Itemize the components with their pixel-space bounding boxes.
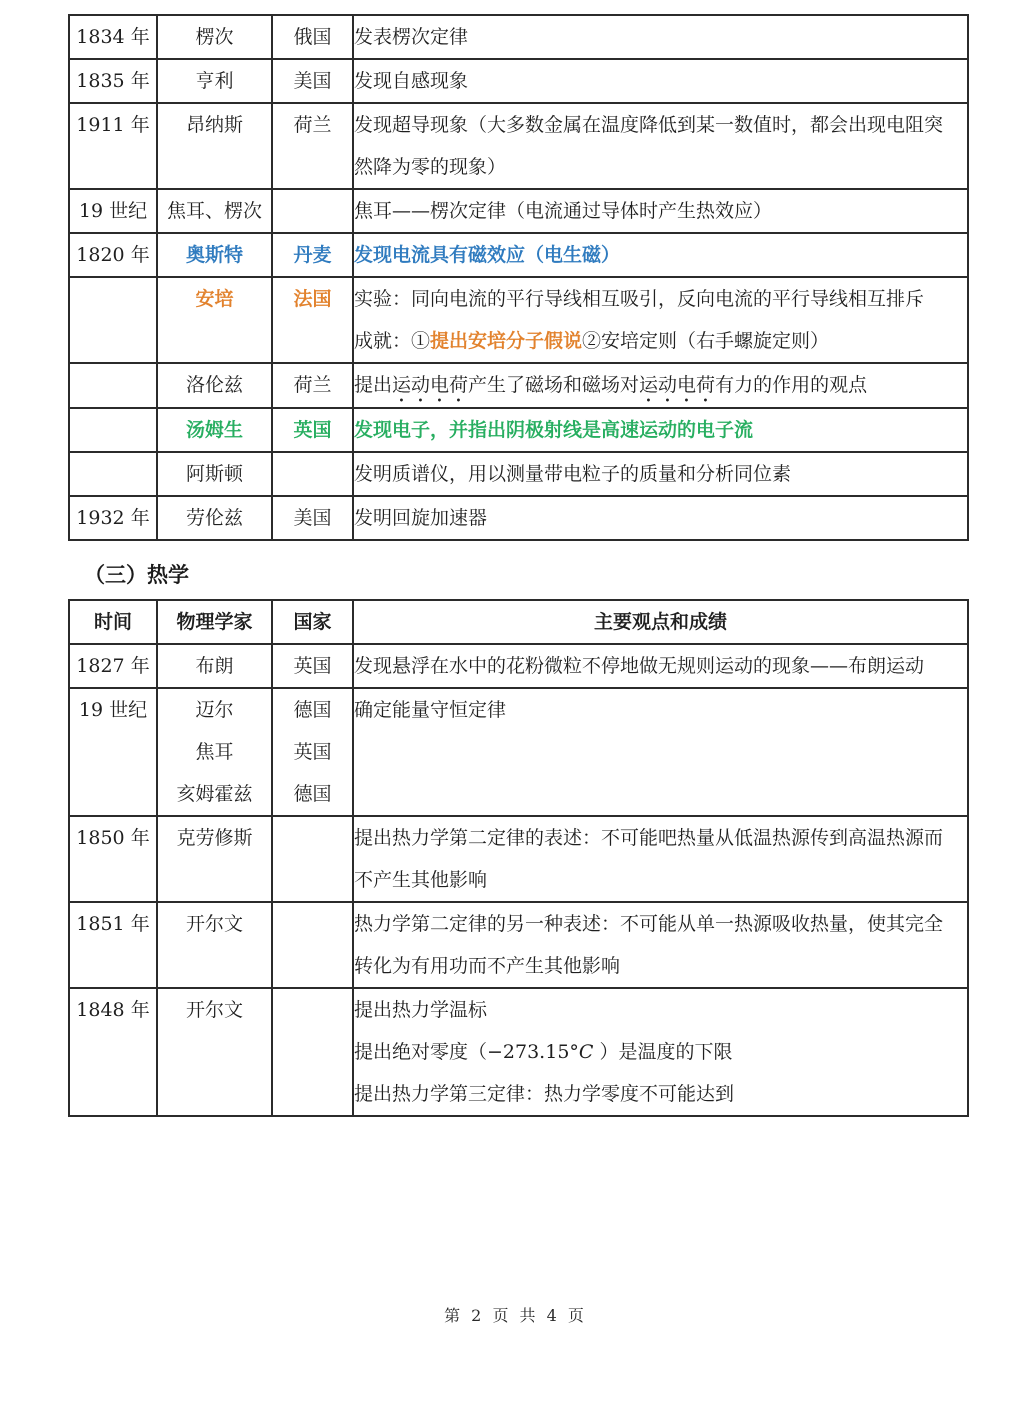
text-line: 安培 bbox=[158, 278, 271, 320]
text-line: 成就：①提出安培分子假说②安培定则（右手螺旋定则） bbox=[354, 320, 967, 362]
table-cell bbox=[272, 816, 353, 902]
table-cell: 1851 年 bbox=[69, 902, 157, 988]
text-segment: 提出热力学第二定律的表述：不可能吧热量从低温热源传到高温热源而 bbox=[354, 827, 943, 849]
table-cell: 实验：同向电流的平行导线相互吸引，反向电流的平行导线相互排斥成就：①提出安培分子… bbox=[353, 277, 968, 363]
column-header: 主要观点和成绩 bbox=[353, 600, 968, 644]
text-segment: C bbox=[579, 1041, 594, 1063]
table-cell: 提出运动电荷产生了磁场和磁场对运动电荷有力的作用的观点 bbox=[353, 363, 968, 408]
table-cell: 开尔文 bbox=[157, 988, 272, 1116]
text-segment: 英国 bbox=[293, 419, 331, 441]
table-cell: 发现电子，并指出阴极射线是高速运动的电子流 bbox=[353, 408, 968, 452]
table-cell: 1827 年 bbox=[69, 644, 157, 688]
text-line: 洛伦兹 bbox=[158, 364, 271, 406]
table-cell: 19 世纪 bbox=[69, 189, 157, 233]
table-row: 1834 年楞次俄国发表楞次定律 bbox=[69, 15, 968, 59]
text-segment: 开尔文 bbox=[186, 999, 243, 1021]
text-line: 实验：同向电流的平行导线相互吸引，反向电流的平行导线相互排斥 bbox=[354, 278, 967, 320]
table-row: 1848 年开尔文提出热力学温标提出绝对零度（−273.15°C ）是温度的下限… bbox=[69, 988, 968, 1116]
table-cell: 俄国 bbox=[272, 15, 353, 59]
table-cell: 迈尔焦耳亥姆霍兹 bbox=[157, 688, 272, 816]
text-segment: 提出安培分子假说 bbox=[430, 330, 582, 352]
text-line: 发现悬浮在水中的花粉微粒不停地做无规则运动的现象——布朗运动 bbox=[354, 645, 967, 687]
table-cell: 劳伦兹 bbox=[157, 496, 272, 540]
electromagnetism-table-section: 1834 年楞次俄国发表楞次定律1835 年亨利美国发现自感现象1911 年昂纳… bbox=[0, 0, 1031, 541]
text-line: 确定能量守恒定律 bbox=[354, 689, 967, 731]
table-row: 1835 年亨利美国发现自感现象 bbox=[69, 59, 968, 103]
text-line: 劳伦兹 bbox=[158, 497, 271, 539]
column-header: 物理学家 bbox=[157, 600, 272, 644]
table-cell: 安培 bbox=[157, 277, 272, 363]
table-cell bbox=[69, 277, 157, 363]
text-segment: 英国 bbox=[293, 655, 331, 677]
table-cell: 亨利 bbox=[157, 59, 272, 103]
text-line: 克劳修斯 bbox=[158, 817, 271, 859]
text-line: 发明回旋加速器 bbox=[354, 497, 967, 539]
text-line: 提出绝对零度（−273.15°C ）是温度的下限 bbox=[354, 1031, 967, 1073]
text-line: 俄国 bbox=[273, 16, 352, 58]
table-cell: 1911 年 bbox=[69, 103, 157, 189]
table-cell bbox=[69, 408, 157, 452]
table-header-row: 时间物理学家国家主要观点和成绩 bbox=[69, 600, 968, 644]
table-cell: 克劳修斯 bbox=[157, 816, 272, 902]
text-segment: 提出热力学温标 bbox=[354, 999, 487, 1021]
text-line: 提出热力学温标 bbox=[354, 989, 967, 1031]
thermodynamics-table-section: 时间物理学家国家主要观点和成绩1827 年布朗英国发现悬浮在水中的花粉微粒不停地… bbox=[0, 599, 1031, 1117]
text-segment: 成就：① bbox=[354, 330, 430, 352]
text-segment: ）是温度的下限 bbox=[593, 1041, 732, 1063]
text-segment: 安培 bbox=[195, 288, 233, 310]
table-row: 1827 年布朗英国发现悬浮在水中的花粉微粒不停地做无规则运动的现象——布朗运动 bbox=[69, 644, 968, 688]
text-segment: 发现超导现象（大多数金属在温度降低到某一数值时，都会出现电阻突 bbox=[354, 114, 943, 136]
text-segment: 德国 bbox=[293, 699, 331, 721]
table-cell bbox=[272, 988, 353, 1116]
table-row: 1851 年开尔文热力学第二定律的另一种表述：不可能从单一热源吸收热量，使其完全… bbox=[69, 902, 968, 988]
text-line: 热力学第二定律的另一种表述：不可能从单一热源吸收热量，使其完全 bbox=[354, 903, 967, 945]
text-line: 1851 年 bbox=[70, 903, 156, 945]
table-row: 安培法国实验：同向电流的平行导线相互吸引，反向电流的平行导线相互排斥成就：①提出… bbox=[69, 277, 968, 363]
text-line: 提出运动电荷产生了磁场和磁场对运动电荷有力的作用的观点 bbox=[354, 364, 967, 407]
text-segment: 实验：同向电流的平行导线相互吸引，反向电流的平行导线相互排斥 bbox=[354, 288, 924, 310]
table-cell: 发明回旋加速器 bbox=[353, 496, 968, 540]
text-line: 奥斯特 bbox=[158, 234, 271, 276]
text-segment: 美国 bbox=[293, 507, 331, 529]
text-line: 发现自感现象 bbox=[354, 60, 967, 102]
text-line: 开尔文 bbox=[158, 989, 271, 1031]
text-line: 荷兰 bbox=[273, 364, 352, 406]
text-segment: 迈尔 bbox=[195, 699, 233, 721]
table-cell: 楞次 bbox=[157, 15, 272, 59]
text-line: 美国 bbox=[273, 60, 352, 102]
table-row: 1820 年奥斯特丹麦发现电流具有磁效应（电生磁） bbox=[69, 233, 968, 277]
text-line: 1911 年 bbox=[70, 104, 156, 146]
table-cell bbox=[69, 363, 157, 408]
table-cell: 发现自感现象 bbox=[353, 59, 968, 103]
text-line: 1834 年 bbox=[70, 16, 156, 58]
table-cell: 热力学第二定律的另一种表述：不可能从单一热源吸收热量，使其完全转化为有用功而不产… bbox=[353, 902, 968, 988]
table-cell: 发现超导现象（大多数金属在温度降低到某一数值时，都会出现电阻突然降为零的现象） bbox=[353, 103, 968, 189]
text-segment: 法国 bbox=[293, 288, 331, 310]
document-page: 1834 年楞次俄国发表楞次定律1835 年亨利美国发现自感现象1911 年昂纳… bbox=[0, 0, 1031, 1418]
table-cell: 焦耳、楞次 bbox=[157, 189, 272, 233]
text-line: 19 世纪 bbox=[70, 689, 156, 731]
table-cell: 阿斯顿 bbox=[157, 452, 272, 496]
text-line: 丹麦 bbox=[273, 234, 352, 276]
text-line: 1835 年 bbox=[70, 60, 156, 102]
table-cell: 洛伦兹 bbox=[157, 363, 272, 408]
text-segment: 德国 bbox=[293, 783, 331, 805]
text-segment: 奥斯特 bbox=[186, 244, 243, 266]
thermodynamics-table: 时间物理学家国家主要观点和成绩1827 年布朗英国发现悬浮在水中的花粉微粒不停地… bbox=[68, 599, 969, 1117]
text-segment: 美国 bbox=[293, 70, 331, 92]
text-segment: 1911 年 bbox=[76, 114, 149, 136]
table-cell: 布朗 bbox=[157, 644, 272, 688]
text-segment: 荷兰 bbox=[293, 114, 331, 136]
text-segment: 荷兰 bbox=[293, 374, 331, 396]
text-segment: 发明回旋加速器 bbox=[354, 507, 487, 529]
text-segment: 发表楞次定律 bbox=[354, 26, 468, 48]
text-segment: 运动电荷 bbox=[392, 374, 468, 396]
text-line: 楞次 bbox=[158, 16, 271, 58]
text-segment: 焦耳——楞次定律（电流通过导体时产生热效应） bbox=[354, 200, 772, 222]
table-cell: 焦耳——楞次定律（电流通过导体时产生热效应） bbox=[353, 189, 968, 233]
table-row: 洛伦兹荷兰提出运动电荷产生了磁场和磁场对运动电荷有力的作用的观点 bbox=[69, 363, 968, 408]
table-cell bbox=[69, 452, 157, 496]
section-heading-thermodynamics: （三）热学 bbox=[84, 559, 1031, 589]
text-segment: 1827 年 bbox=[76, 655, 149, 677]
table-cell: 1848 年 bbox=[69, 988, 157, 1116]
text-line: 德国 bbox=[273, 773, 352, 815]
table-row: 1932 年劳伦兹美国发明回旋加速器 bbox=[69, 496, 968, 540]
text-segment: 1850 年 bbox=[76, 827, 149, 849]
text-segment: 英国 bbox=[293, 741, 331, 763]
text-line: 法国 bbox=[273, 278, 352, 320]
text-segment: 楞次 bbox=[195, 26, 233, 48]
text-segment: 1835 年 bbox=[76, 70, 149, 92]
text-segment: 1820 年 bbox=[76, 244, 149, 266]
text-line: 开尔文 bbox=[158, 903, 271, 945]
text-segment: 昂纳斯 bbox=[186, 114, 243, 136]
text-line: 美国 bbox=[273, 497, 352, 539]
text-line: 发明质谱仪，用以测量带电粒子的质量和分析同位素 bbox=[354, 453, 967, 495]
text-segment: 1834 年 bbox=[76, 26, 149, 48]
text-line: 焦耳 bbox=[158, 731, 271, 773]
table-cell: 英国 bbox=[272, 644, 353, 688]
text-line: 发现电子，并指出阴极射线是高速运动的电子流 bbox=[354, 409, 967, 451]
text-segment: 亥姆霍兹 bbox=[176, 783, 252, 805]
table-cell bbox=[272, 452, 353, 496]
table-cell: 1820 年 bbox=[69, 233, 157, 277]
text-segment: 提出热力学第三定律：热力学零度不可能达到 bbox=[354, 1083, 734, 1105]
table-cell: 荷兰 bbox=[272, 103, 353, 189]
text-line: 布朗 bbox=[158, 645, 271, 687]
table-cell: 发现电流具有磁效应（电生磁） bbox=[353, 233, 968, 277]
text-segment: 发明质谱仪，用以测量带电粒子的质量和分析同位素 bbox=[354, 463, 791, 485]
text-segment: 丹麦 bbox=[293, 244, 331, 266]
electromagnetism-table: 1834 年楞次俄国发表楞次定律1835 年亨利美国发现自感现象1911 年昂纳… bbox=[68, 14, 969, 541]
table-cell: 汤姆生 bbox=[157, 408, 272, 452]
text-line: 焦耳——楞次定律（电流通过导体时产生热效应） bbox=[354, 190, 967, 232]
text-segment: 阿斯顿 bbox=[186, 463, 243, 485]
table-cell: 提出热力学第二定律的表述：不可能吧热量从低温热源传到高温热源而不产生其他影响 bbox=[353, 816, 968, 902]
table-cell bbox=[272, 189, 353, 233]
table-cell: 丹麦 bbox=[272, 233, 353, 277]
text-segment: 不产生其他影响 bbox=[354, 869, 487, 891]
table-cell bbox=[272, 902, 353, 988]
text-segment: 运动电荷 bbox=[639, 374, 715, 396]
table-cell: 法国 bbox=[272, 277, 353, 363]
text-segment: 发现悬浮在水中的花粉微粒不停地做无规则运动的现象——布朗运动 bbox=[354, 655, 924, 677]
text-segment: 亨利 bbox=[195, 70, 233, 92]
text-segment: 提出 bbox=[354, 374, 392, 396]
table-cell: 开尔文 bbox=[157, 902, 272, 988]
text-segment: 1848 年 bbox=[76, 999, 149, 1021]
text-line: 1848 年 bbox=[70, 989, 156, 1031]
text-segment: 1932 年 bbox=[76, 507, 149, 529]
text-line: 昂纳斯 bbox=[158, 104, 271, 146]
text-segment: 转化为有用功而不产生其他影响 bbox=[354, 955, 620, 977]
text-line: 焦耳、楞次 bbox=[158, 190, 271, 232]
page-number: 第 2 页 共 4 页 bbox=[0, 1303, 1031, 1326]
text-line: 迈尔 bbox=[158, 689, 271, 731]
text-segment: 汤姆生 bbox=[186, 419, 243, 441]
table-row: 汤姆生英国发现电子，并指出阴极射线是高速运动的电子流 bbox=[69, 408, 968, 452]
table-cell: 1932 年 bbox=[69, 496, 157, 540]
column-header: 时间 bbox=[69, 600, 157, 644]
table-row: 19 世纪迈尔焦耳亥姆霍兹德国英国德国确定能量守恒定律 bbox=[69, 688, 968, 816]
table-cell: 1834 年 bbox=[69, 15, 157, 59]
text-line: 19 世纪 bbox=[70, 190, 156, 232]
text-segment: ②安培定则（右手螺旋定则） bbox=[582, 330, 829, 352]
text-segment: 提出绝对零度（−273.15° bbox=[354, 1041, 579, 1063]
text-line: 阿斯顿 bbox=[158, 453, 271, 495]
table-cell: 发现悬浮在水中的花粉微粒不停地做无规则运动的现象——布朗运动 bbox=[353, 644, 968, 688]
text-line: 英国 bbox=[273, 409, 352, 451]
text-line: 1932 年 bbox=[70, 497, 156, 539]
text-segment: 克劳修斯 bbox=[176, 827, 252, 849]
text-line: 发现超导现象（大多数金属在温度降低到某一数值时，都会出现电阻突 bbox=[354, 104, 967, 146]
table-cell: 确定能量守恒定律 bbox=[353, 688, 968, 816]
table-cell: 英国 bbox=[272, 408, 353, 452]
text-segment: 焦耳 bbox=[195, 741, 233, 763]
text-segment: 然降为零的现象） bbox=[354, 156, 506, 178]
table-cell: 发明质谱仪，用以测量带电粒子的质量和分析同位素 bbox=[353, 452, 968, 496]
text-line: 提出热力学第三定律：热力学零度不可能达到 bbox=[354, 1073, 967, 1115]
text-line: 1820 年 bbox=[70, 234, 156, 276]
text-segment: 俄国 bbox=[293, 26, 331, 48]
text-line: 汤姆生 bbox=[158, 409, 271, 451]
table-cell: 美国 bbox=[272, 59, 353, 103]
text-segment: 发现电子，并指出阴极射线是高速运动的电子流 bbox=[354, 419, 753, 441]
table-cell: 美国 bbox=[272, 496, 353, 540]
table-row: 1911 年昂纳斯荷兰发现超导现象（大多数金属在温度降低到某一数值时，都会出现电… bbox=[69, 103, 968, 189]
text-segment: 布朗 bbox=[195, 655, 233, 677]
table-row: 19 世纪焦耳、楞次焦耳——楞次定律（电流通过导体时产生热效应） bbox=[69, 189, 968, 233]
text-line: 英国 bbox=[273, 731, 352, 773]
text-line: 英国 bbox=[273, 645, 352, 687]
text-line: 亨利 bbox=[158, 60, 271, 102]
text-segment: 热力学第二定律的另一种表述：不可能从单一热源吸收热量，使其完全 bbox=[354, 913, 943, 935]
text-line: 1827 年 bbox=[70, 645, 156, 687]
text-segment: 焦耳、楞次 bbox=[167, 200, 262, 222]
table-cell: 德国英国德国 bbox=[272, 688, 353, 816]
table-cell: 昂纳斯 bbox=[157, 103, 272, 189]
table-cell: 1835 年 bbox=[69, 59, 157, 103]
text-line: 亥姆霍兹 bbox=[158, 773, 271, 815]
text-line: 德国 bbox=[273, 689, 352, 731]
table-cell: 提出热力学温标提出绝对零度（−273.15°C ）是温度的下限提出热力学第三定律… bbox=[353, 988, 968, 1116]
text-line: 不产生其他影响 bbox=[354, 859, 967, 901]
text-line: 1850 年 bbox=[70, 817, 156, 859]
table-row: 1850 年克劳修斯提出热力学第二定律的表述：不可能吧热量从低温热源传到高温热源… bbox=[69, 816, 968, 902]
text-segment: 发现电流具有磁效应（电生磁） bbox=[354, 244, 620, 266]
text-line: 然降为零的现象） bbox=[354, 146, 967, 188]
table-cell: 19 世纪 bbox=[69, 688, 157, 816]
text-line: 发表楞次定律 bbox=[354, 16, 967, 58]
text-line: 转化为有用功而不产生其他影响 bbox=[354, 945, 967, 987]
table-cell: 发表楞次定律 bbox=[353, 15, 968, 59]
table-row: 阿斯顿发明质谱仪，用以测量带电粒子的质量和分析同位素 bbox=[69, 452, 968, 496]
table-cell: 1850 年 bbox=[69, 816, 157, 902]
text-line: 提出热力学第二定律的表述：不可能吧热量从低温热源传到高温热源而 bbox=[354, 817, 967, 859]
text-line: 荷兰 bbox=[273, 104, 352, 146]
text-segment: 19 世纪 bbox=[79, 200, 147, 222]
text-segment: 开尔文 bbox=[186, 913, 243, 935]
text-segment: 1851 年 bbox=[76, 913, 149, 935]
column-header: 国家 bbox=[272, 600, 353, 644]
text-segment: 确定能量守恒定律 bbox=[354, 699, 506, 721]
text-segment: 产生了磁场和磁场对 bbox=[468, 374, 639, 396]
text-segment: 洛伦兹 bbox=[186, 374, 243, 396]
table-cell: 荷兰 bbox=[272, 363, 353, 408]
text-segment: 有力的作用的观点 bbox=[715, 374, 867, 396]
text-segment: 19 世纪 bbox=[79, 699, 147, 721]
text-line: 发现电流具有磁效应（电生磁） bbox=[354, 234, 967, 276]
table-cell: 奥斯特 bbox=[157, 233, 272, 277]
text-segment: 发现自感现象 bbox=[354, 70, 468, 92]
text-segment: 劳伦兹 bbox=[186, 507, 243, 529]
